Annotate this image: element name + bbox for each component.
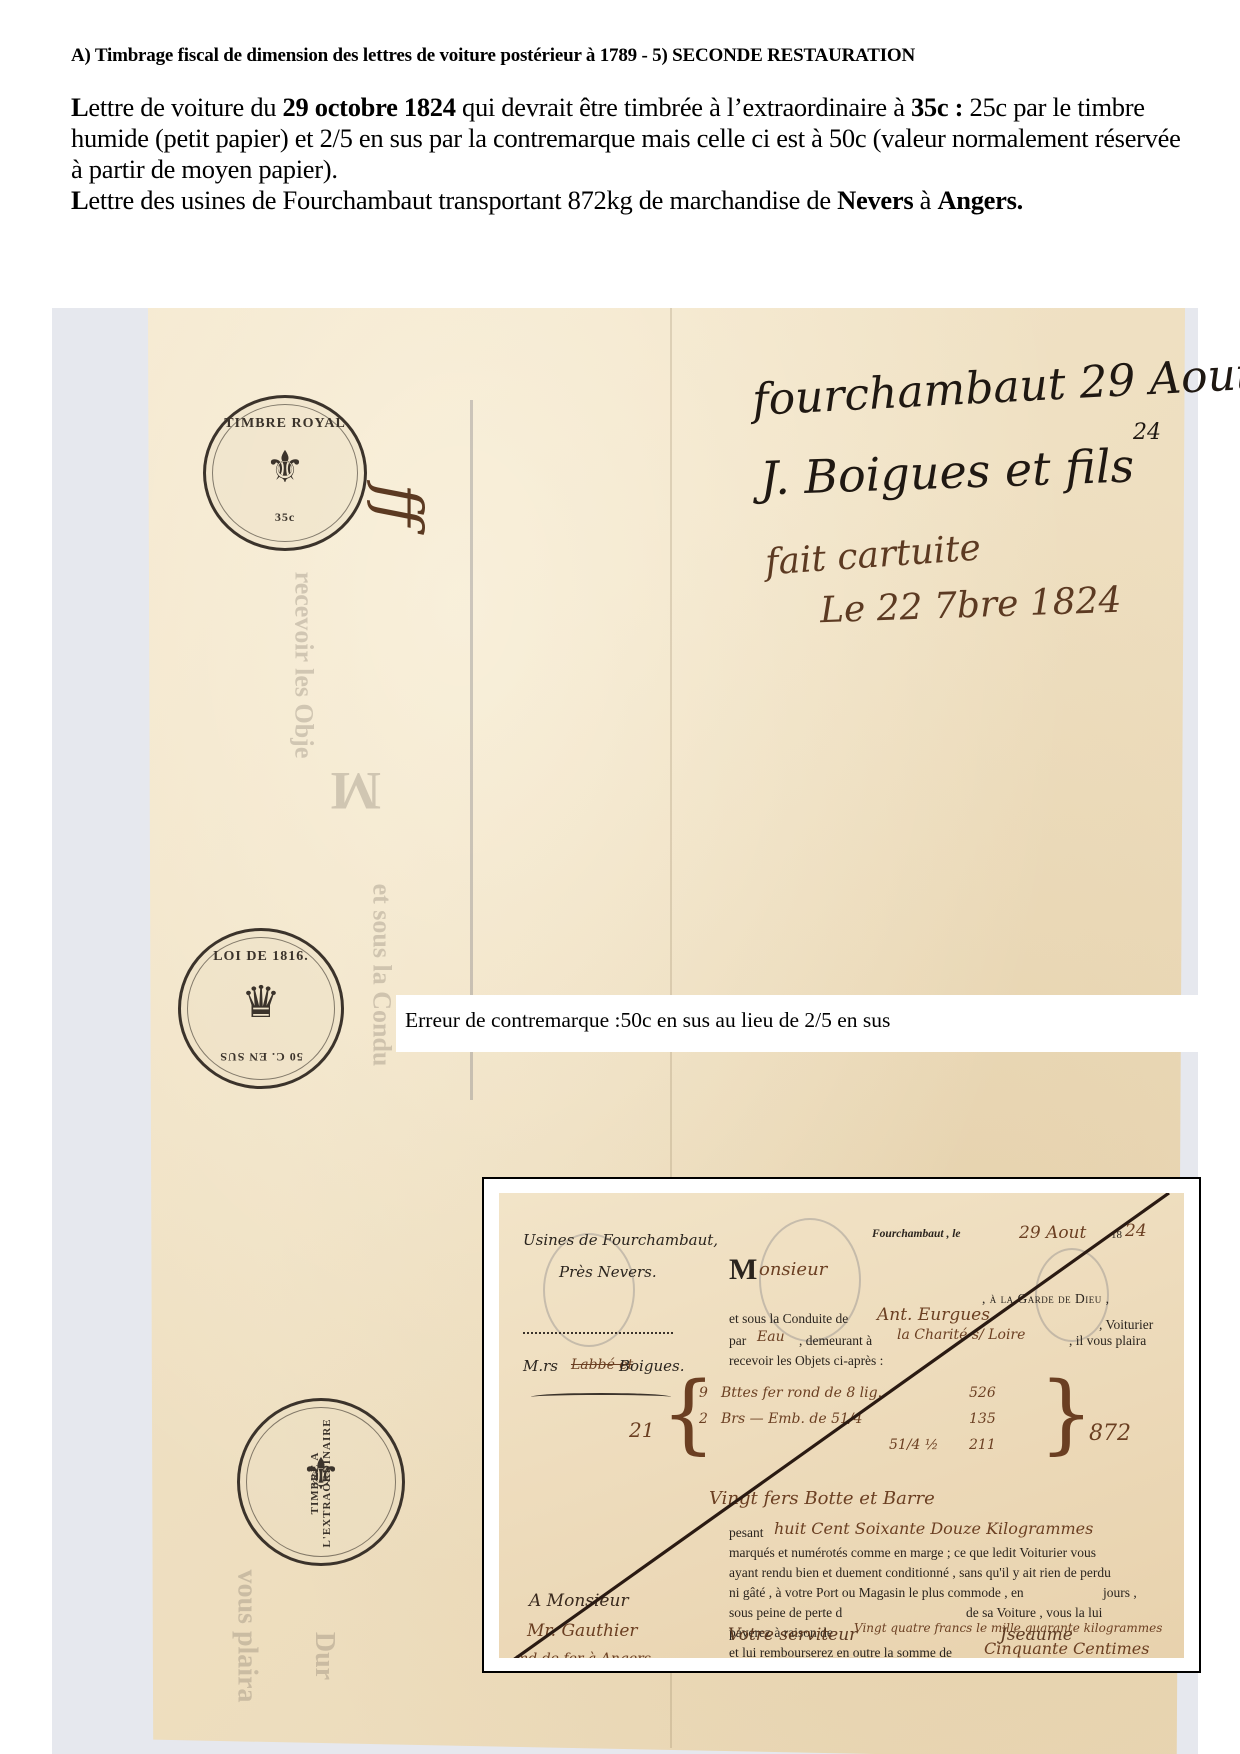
fleur-de-lis-shield-icon: ⚜ <box>240 1449 402 1500</box>
ghost-text: vous plaira <box>231 1569 263 1702</box>
annotation-box: Erreur de contremarque :50c en sus au li… <box>396 995 1199 1052</box>
ghost-text: M <box>330 760 381 822</box>
intro-text: Lettre de voiture du 29 octobre 1824 qui… <box>71 92 1191 216</box>
inset-letter: Usines de Fourchambaut, Près Nevers. M.r… <box>499 1193 1184 1658</box>
drop-letter: L <box>71 92 88 122</box>
expected-price: 35c : <box>911 92 963 122</box>
origin-city: Nevers <box>837 185 913 215</box>
stamp-extraordinaire: TIMBRE A L'EXTRAORDINAIRE ⚜ <box>237 1398 405 1566</box>
allegory-figure-icon: ⚜ <box>206 442 364 493</box>
text-run: qui devrait être timbrée à l’extraordina… <box>456 92 911 122</box>
section-title: A) Timbrage fiscal de dimension des lett… <box>71 45 1201 67</box>
intro-paragraph-1: Lettre de voiture du 29 octobre 1824 qui… <box>71 92 1191 185</box>
intro-paragraph-2: Lettre des usines de Fourchambaut transp… <box>71 185 1191 216</box>
text-run: ettre de voiture du <box>88 92 282 122</box>
drop-letter: L <box>71 185 88 215</box>
stamp-loi-1816: LOI DE 1816. ♛ 50 C. EN SUS <box>178 928 344 1089</box>
destination-city: Angers. <box>937 185 1023 215</box>
ghost-text: recevoir les Obje <box>288 572 318 759</box>
manuscript-mark: ff <box>364 484 434 527</box>
inset-detail-frame: Usines de Fourchambaut, Près Nevers. M.r… <box>482 1177 1201 1673</box>
stamp-value: 35c <box>206 510 364 525</box>
stamp-value: 50 C. EN SUS <box>181 1049 341 1064</box>
letter-date: 29 octobre 1824 <box>283 92 456 122</box>
handwritten-year-suffix: 24 <box>1133 420 1161 445</box>
cancellation-stroke <box>499 1193 1184 1658</box>
closing-handwritten: Votre serviteur <box>728 1625 857 1645</box>
ghost-text: Dur <box>308 1632 340 1680</box>
stamp-timbre-royal: TIMBRE ROYAL ⚜ 35c <box>203 395 367 551</box>
stamp-label: TIMBRE ROYAL <box>206 416 364 432</box>
text-run: à <box>913 185 937 215</box>
text-run: ettre des usines de Fourchambaut transpo… <box>88 185 837 215</box>
signature: Jseaume <box>1000 1625 1073 1645</box>
annotation-text: Erreur de contremarque :50c en sus au li… <box>405 1008 890 1033</box>
crown-fleur-de-lis-icon: ♛ <box>181 977 341 1028</box>
stamp-label: LOI DE 1816. <box>181 949 341 965</box>
ghost-text: et sous la Condu <box>366 884 396 1067</box>
